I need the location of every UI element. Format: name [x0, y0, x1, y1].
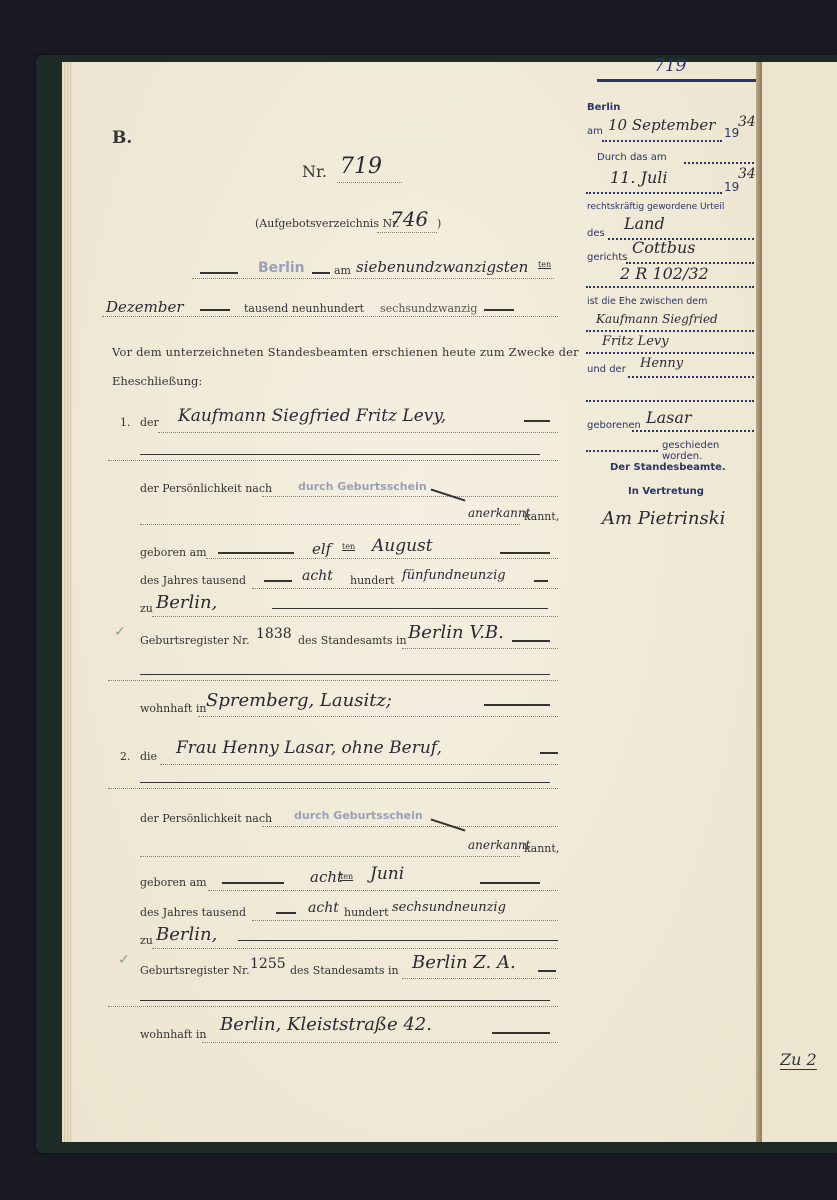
party2-registry-place: Berlin Z. A. — [412, 952, 516, 973]
party2-place-rule — [238, 940, 558, 941]
margin-des-label: des — [587, 228, 605, 239]
dash — [492, 1032, 550, 1034]
banns-close: ) — [437, 217, 441, 230]
margin-durch-line — [684, 162, 754, 164]
check-mark-icon: ✓ — [114, 624, 126, 640]
party1-register-number: 1838 — [256, 626, 292, 642]
margin-signature: Am Pietrinski — [602, 508, 725, 529]
intro-text-2: Eheschließung: — [112, 374, 202, 388]
party1-number: 1. — [120, 416, 131, 429]
margin-und-der: und der — [587, 364, 626, 375]
dash — [484, 309, 514, 311]
party1-place-line — [152, 616, 558, 617]
party2-name: Frau Henny Lasar, ohne Beruf, — [176, 738, 442, 758]
margin-date: 10 September — [608, 116, 715, 134]
margin-husband-line2: Fritz Levy — [602, 334, 669, 349]
margin-husband-line1-rule — [586, 330, 754, 332]
party1-residence: Spremberg, Lausitz; — [206, 690, 392, 711]
party1-century: acht — [302, 568, 333, 584]
party2-place-line — [152, 948, 558, 949]
dash — [484, 704, 550, 706]
margin-husband-line1: Kaufmann Siegfried — [596, 312, 718, 326]
margin-case-number: 2 R 102/32 — [620, 264, 709, 283]
party1-residence-label: wohnhaft in — [140, 702, 206, 715]
margin-rechtskraeftig: rechtskräftig gewordene Urteil — [587, 202, 724, 212]
party2-residence: Berlin, Kleiststraße 42. — [220, 1014, 432, 1035]
banns-number: 746 — [390, 207, 428, 231]
ten-suffix: ten — [342, 542, 355, 551]
strike-dash — [431, 488, 466, 501]
party2-known-line — [140, 856, 520, 857]
dash — [538, 970, 556, 972]
party2-number: 2. — [120, 750, 131, 763]
margin-husband-line2-rule — [586, 352, 754, 354]
dash — [540, 752, 558, 754]
place-stamp: Berlin — [258, 260, 305, 276]
margin-gerichts-label: gerichts — [587, 252, 627, 263]
party1-registry-line — [402, 648, 558, 649]
party1-name: Kaufmann Siegfried Fritz Levy, — [178, 406, 446, 426]
margin-durch-label: Durch das am — [597, 152, 667, 163]
dash — [512, 640, 550, 642]
margin-wife-line — [628, 376, 754, 378]
party1-rule — [140, 454, 540, 455]
party1-register-label: Geburtsregister Nr. — [140, 634, 250, 647]
margin-entry-number: 719 — [654, 56, 686, 76]
margin-geschieden-line — [586, 450, 658, 452]
party1-residence-line — [198, 716, 558, 717]
dash — [200, 272, 238, 274]
party2-register-number: 1255 — [250, 956, 286, 972]
party1-line-2 — [108, 460, 558, 461]
party2-article: die — [140, 750, 157, 763]
dash — [276, 912, 296, 914]
party1-place-rule — [272, 608, 548, 609]
ten-suffix: ten — [538, 260, 551, 269]
party1-year-line — [252, 588, 558, 589]
margin-geschieden: geschieden worden. — [662, 440, 756, 462]
party1-registry-line-2 — [108, 680, 558, 681]
margin-judgment-line — [586, 192, 722, 194]
party2-residence-label: wohnhaft in — [140, 1028, 206, 1041]
margin-ist-die-ehe: ist die Ehe zwischen dem — [587, 296, 707, 307]
margin-judgment-year-suffix: 34 — [738, 166, 756, 182]
margin-city-stamp: Berlin — [587, 102, 620, 113]
party2-registry-rule — [140, 1000, 550, 1001]
register-page: B. Nr. 719 (Aufgebotsverzeichnis Nr. 746… — [72, 62, 756, 1142]
party2-birthplace: Berlin, — [156, 924, 217, 945]
margin-judgment-year-prefix: 19 — [724, 180, 739, 194]
party1-identity-stamp: durch Geburtsschein — [298, 480, 427, 493]
party2-known-label: kannt, — [524, 842, 559, 855]
record-number: 719 — [340, 154, 382, 179]
party2-register-label: Geburtsregister Nr. — [140, 964, 250, 977]
dash — [312, 272, 330, 274]
margin-deputy-label: In Vertretung — [628, 486, 704, 497]
party1-born-label: geboren am — [140, 546, 207, 559]
next-page — [762, 62, 837, 1142]
section-letter: B. — [112, 128, 132, 148]
party2-born-month: Juni — [370, 864, 404, 884]
party1-registry-rule — [140, 674, 550, 675]
margin-official-title: Der Standesbeamte. — [610, 462, 726, 473]
dash — [218, 552, 294, 554]
party1-born-month: August — [372, 536, 433, 556]
date-line-2 — [102, 316, 558, 317]
party2-rule — [140, 782, 550, 783]
year-printed: sechsundzwanzig — [380, 302, 477, 315]
margin-court-type: Land — [624, 214, 665, 233]
banns-label: (Aufgebotsverzeichnis Nr. — [255, 217, 400, 230]
party1-born-line — [206, 558, 558, 559]
date-line-1 — [192, 278, 554, 279]
margin-year-suffix: 34 — [738, 114, 756, 130]
margin-blank-line — [586, 400, 754, 402]
party2-identity-label: der Persönlichkeit nach — [140, 812, 272, 825]
margin-court-place: Cottbus — [632, 238, 696, 257]
ten-suffix: ten — [340, 872, 353, 881]
dash — [222, 882, 284, 884]
party2-born-label: geboren am — [140, 876, 207, 889]
margin-year-prefix: 19 — [724, 126, 739, 140]
party2-hundert: hundert — [344, 906, 388, 919]
party1-name-line — [158, 432, 558, 433]
party2-born-day: acht — [310, 868, 343, 886]
check-mark-icon: ✓ — [118, 952, 130, 968]
strike-dash — [431, 818, 466, 831]
party2-identity-stamp: durch Geburtsschein — [294, 809, 423, 822]
month-handwritten: Dezember — [106, 298, 184, 316]
next-page-note: Zu 2 — [780, 1050, 817, 1070]
party1-year-label: des Jahres tausend — [140, 574, 246, 587]
party1-birthplace: Berlin, — [156, 592, 217, 613]
party2-century: acht — [308, 900, 339, 916]
margin-date-line — [602, 140, 722, 142]
party1-registry-label: des Standesamts in — [298, 634, 407, 647]
margin-maiden-name: Lasar — [646, 408, 692, 427]
party1-registry-place: Berlin V.B. — [408, 622, 504, 643]
dash — [264, 580, 292, 582]
intro-text: Vor dem unterzeichneten Standesbeamten e… — [112, 345, 579, 359]
party2-born-line — [208, 890, 558, 891]
dash — [534, 580, 548, 582]
party2-line-2 — [108, 788, 558, 789]
party1-identity-line — [262, 496, 558, 497]
record-label: Nr. — [302, 162, 327, 181]
dash — [500, 552, 550, 554]
party1-article: der — [140, 416, 159, 429]
record-number-line — [337, 182, 402, 183]
party2-year-line — [252, 920, 558, 921]
party1-known-line — [140, 524, 520, 525]
margin-wife-name: Henny — [640, 356, 683, 371]
party1-hundert: hundert — [350, 574, 394, 587]
day-handwritten: siebenundzwanzigsten — [356, 258, 528, 276]
party1-year: fünfundneunzig — [402, 568, 506, 583]
margin-am-label: am — [587, 126, 603, 137]
year-label: tausend neunhundert — [244, 302, 364, 315]
party1-known-label: kannt, — [524, 510, 559, 523]
party2-year: sechsundneunzig — [392, 900, 506, 915]
party2-known-hand: anerkannt — [468, 838, 530, 852]
party2-place-label: zu — [140, 934, 153, 947]
dash — [524, 420, 550, 422]
party2-residence-line — [202, 1042, 558, 1043]
dash — [480, 882, 540, 884]
party2-registry-line-2 — [108, 1006, 558, 1007]
banns-line — [377, 232, 437, 233]
margin-case-line — [586, 286, 754, 288]
am-label: am — [334, 264, 351, 277]
party2-identity-line — [262, 826, 558, 827]
margin-maiden-line — [632, 430, 754, 432]
party1-identity-label: der Persönlichkeit nach — [140, 482, 272, 495]
party2-registry-label: des Standesamts in — [290, 964, 399, 977]
margin-judgment-date: 11. Juli — [610, 168, 667, 187]
party2-registry-line — [402, 978, 558, 979]
party2-name-line — [160, 764, 558, 765]
party1-known-hand: anerkannt — [468, 506, 530, 520]
party1-place-label: zu — [140, 602, 153, 615]
dash — [200, 309, 230, 311]
party2-year-label: des Jahres tausend — [140, 906, 246, 919]
party1-born-day: elf — [312, 540, 331, 558]
